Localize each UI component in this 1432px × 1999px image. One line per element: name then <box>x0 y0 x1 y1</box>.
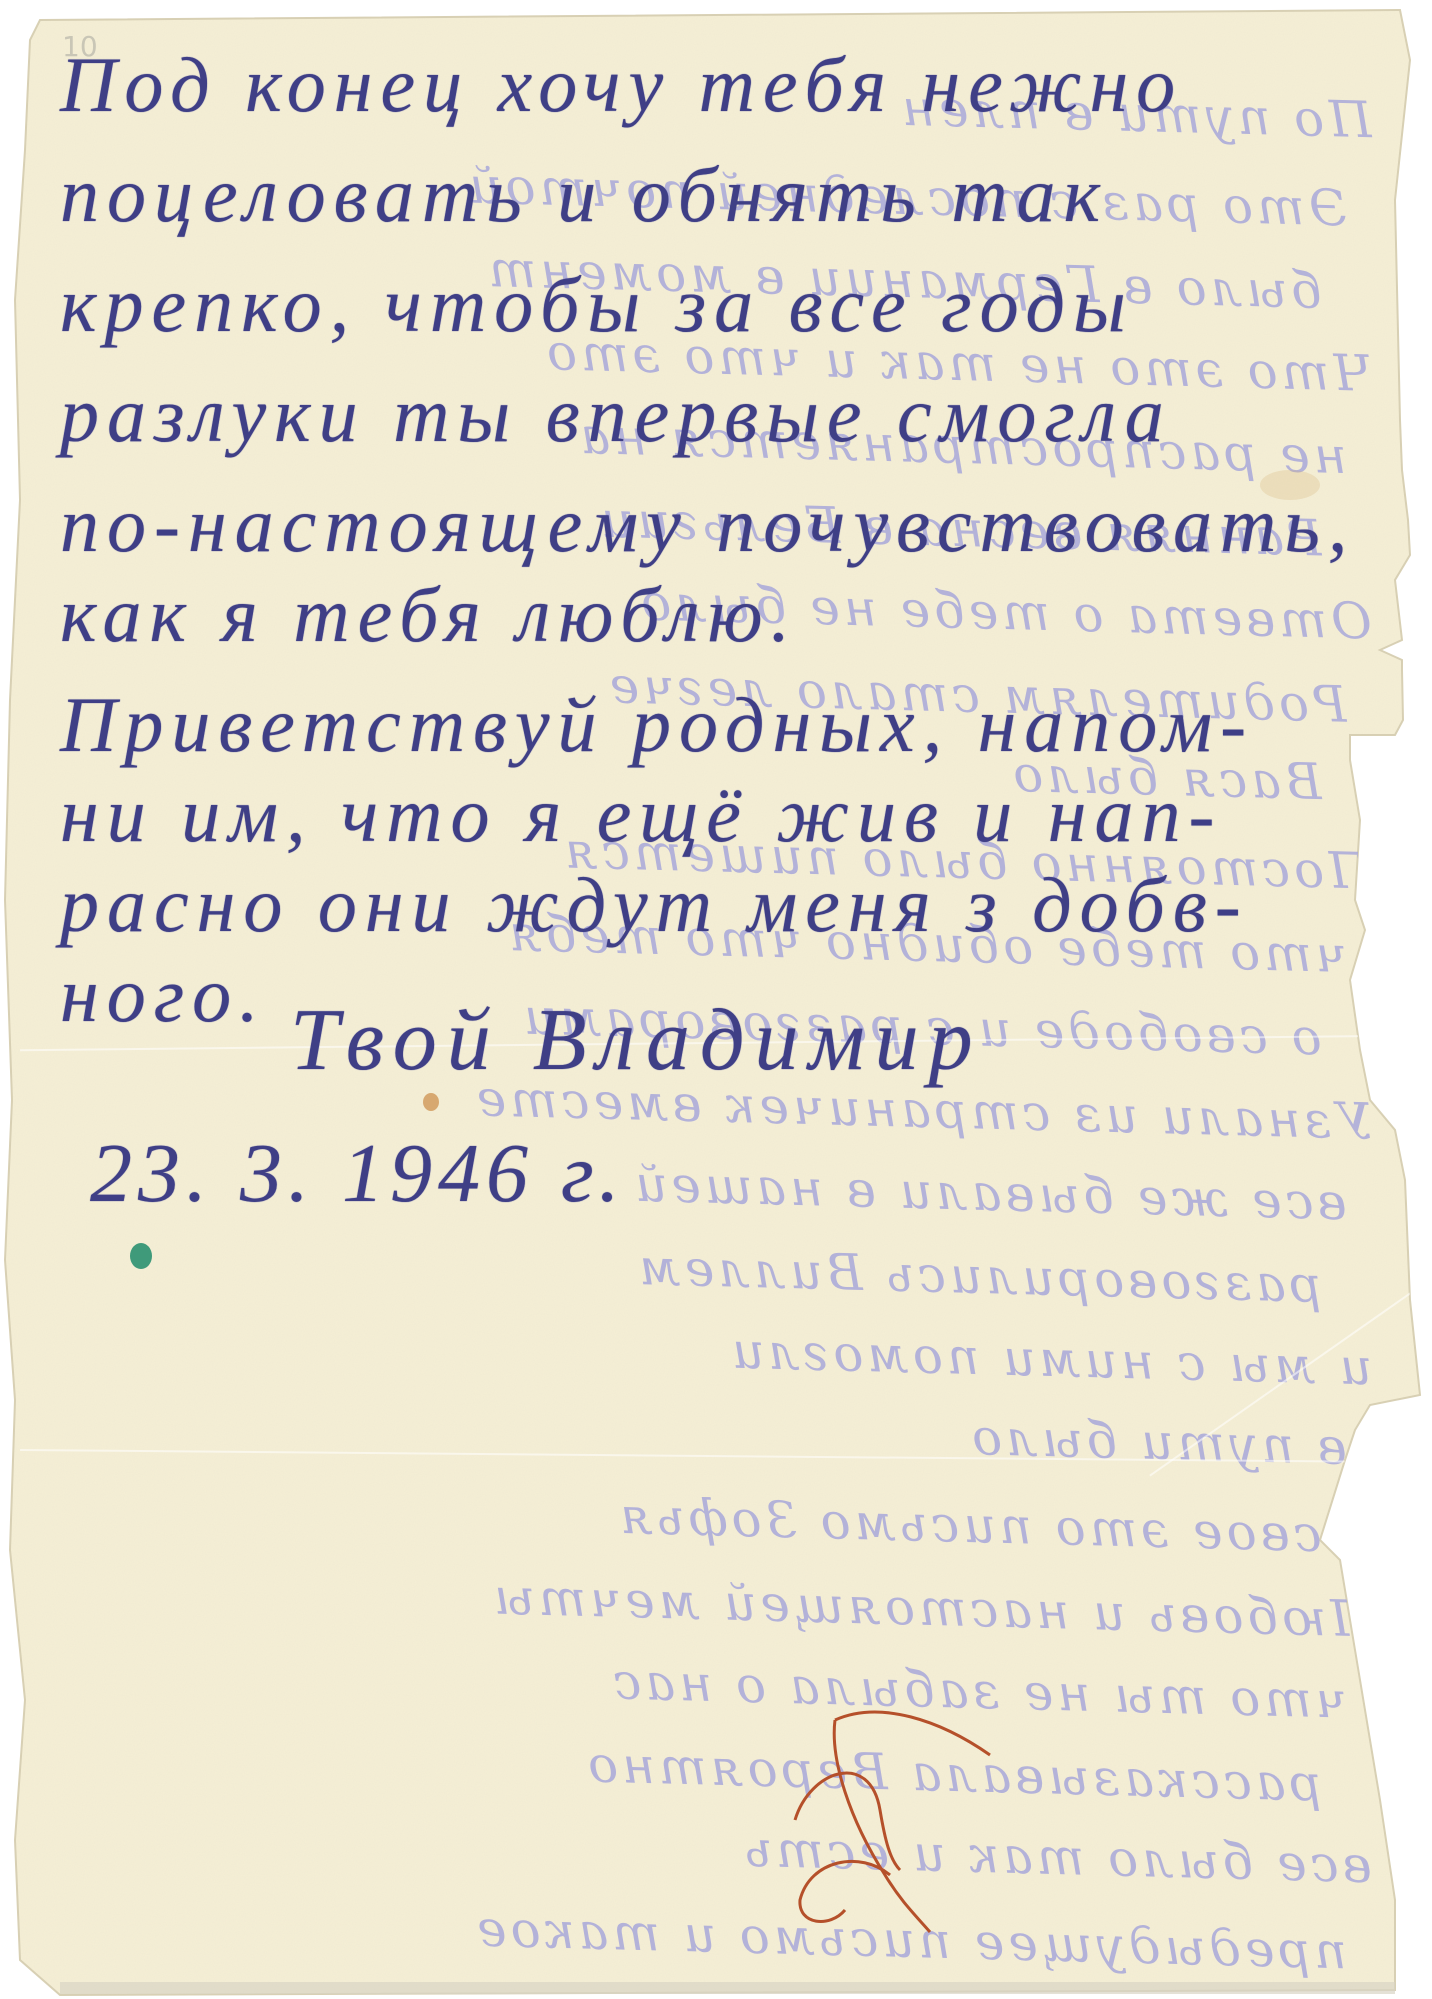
bleed-through-line: свое это письмо Зофья <box>615 1487 1322 1563</box>
letter-line: Приветствуй родных, напом- <box>60 680 1254 770</box>
signature: Твой Владимир <box>290 990 983 1091</box>
letter-line: разлуки ты впервые смогла <box>60 370 1172 460</box>
letter-line: как я тебя люблю. <box>60 570 798 660</box>
letter-line: крепко, чтобы за все годы <box>60 260 1134 350</box>
orange-stain <box>423 1093 439 1111</box>
bleed-through-line: все же бывали в нашей <box>630 1155 1347 1232</box>
letter-line: Под конец хочу тебя нежно <box>60 40 1183 130</box>
letter-line: ного. <box>60 950 267 1040</box>
bleed-through-line: Любовь и настоящей мечты <box>489 1567 1372 1648</box>
date: 23. 3. 1946 г. <box>90 1125 626 1222</box>
red-pencil-mark <box>790 1700 1010 1940</box>
bleed-through-line: разговорились Виллем <box>635 1238 1323 1314</box>
letter-line: расно они ждут меня з добв- <box>60 860 1249 950</box>
letter-line: ни им, что я ещё жив и нап- <box>60 770 1222 860</box>
letter-sheet: 10 По пути в пленЭто раз с последней поч… <box>0 0 1432 1999</box>
letter-line: поцеловать и обнять так <box>60 150 1108 240</box>
green-stain <box>130 1243 152 1269</box>
bleed-through-line: в пути было <box>967 1408 1347 1476</box>
letter-line: по-настоящему почувствовать, <box>60 480 1355 570</box>
